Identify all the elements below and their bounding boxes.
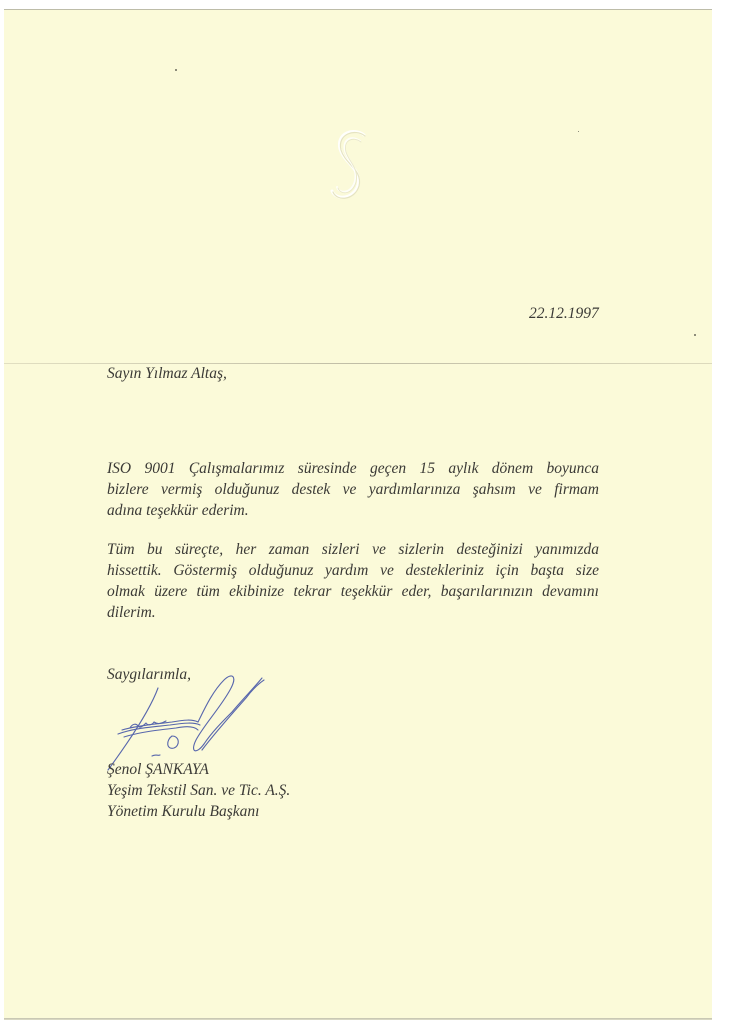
signatory-company: Yeşim Tekstil San. ve Tic. A.Ş.	[107, 780, 290, 801]
paragraph-line: olmak üzere tüm ekibinize tekrar teşekkü…	[107, 581, 599, 602]
letter-date: 22.12.1997	[529, 303, 599, 324]
paper-speck	[694, 334, 696, 336]
paper-speck	[175, 69, 177, 71]
paragraph-line: adına teşekkür ederim.	[107, 500, 599, 521]
paragraph-line: hissettik. Göstermiş olduğunuz yardım ve…	[107, 560, 599, 581]
letter-salutation: Sayın Yılmaz Altaş,	[107, 363, 227, 384]
paper-speck	[578, 131, 579, 132]
paragraph-line: Tüm bu süreçte, her zaman sizleri ve siz…	[107, 539, 599, 560]
letter-paragraph-2: Tüm bu süreçte, her zaman sizleri ve siz…	[107, 539, 599, 623]
embossed-s-logo-icon	[324, 125, 374, 210]
paragraph-line: ISO 9001 Çalışmalarımız süresinde geçen …	[107, 458, 599, 479]
signatory-name: Şenol ŞANKAYA	[107, 759, 209, 780]
paragraph-line: dilerim.	[107, 602, 599, 623]
signatory-title: Yönetim Kurulu Başkanı	[107, 801, 259, 822]
letter-paragraph-1: ISO 9001 Çalışmalarımız süresinde geçen …	[107, 458, 599, 521]
paragraph-line: bizlere vermiş olduğunuz destek ve yardı…	[107, 479, 599, 500]
